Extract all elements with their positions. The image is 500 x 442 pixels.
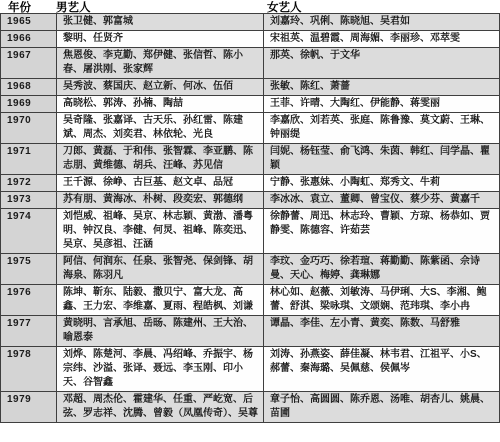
female-artists-cell: 张敏、陈红、萧蔷 bbox=[264, 79, 500, 96]
male-artists-cell: 邓超、周杰伦、霍建华、任重、严屹宽、后弦、罗志祥、沈腾、曾毅（凤凰传奇）、吴尊 bbox=[57, 392, 264, 423]
female-artists-cell: 刘涛、孙燕姿、薛佳凝、林韦君、江祖平、小S、郝蕾、秦海璐、吴佩慈、侯佩岑 bbox=[264, 347, 500, 392]
male-artists-cell: 刘恺威、祖峰、吴京、林志颖、黄渤、潘粤明、钟汉良、李健、何炅、祖峰、陈奕迅、吴京… bbox=[57, 209, 264, 254]
female-artists-cell: 谭晶、李佳、左小青、黄奕、陈数、马舒雅 bbox=[264, 316, 500, 347]
female-artists-cell: 李玟、金巧巧、徐若瑄、蒋勤勤、陈紫函、佘诗曼、天心、梅婷、龚琳娜 bbox=[264, 254, 500, 285]
male-artists-cell: 阿信、何润东、任泉、张智尧、保剑锋、胡海泉、陈羽凡 bbox=[57, 254, 264, 285]
female-artists-cell: 王菲、许晴、大陶红、伊能静、蒋雯丽 bbox=[264, 96, 500, 113]
header-male-label: 男艺人 bbox=[47, 0, 252, 15]
year-cell: 1970 bbox=[1, 113, 57, 144]
year-cell: 1973 bbox=[1, 192, 57, 209]
male-artists-cell: 焦恩俊、李克勤、郑伊健、张信哲、陈小春、屠洪刚、张家辉 bbox=[57, 48, 264, 79]
year-cell: 1976 bbox=[1, 285, 57, 316]
table-row: 1977黄晓明、言承旭、岳旸、陈建州、王大治、喻恩泰谭晶、李佳、左小青、黄奕、陈… bbox=[1, 316, 500, 347]
table-row: 1966黎明、任贤齐宋祖英、温碧霞、周海媚、李丽珍、邓萃雯 bbox=[1, 31, 500, 48]
female-artists-cell: 宁静、张惠妹、小陶虹、郑秀文、牛莉 bbox=[264, 175, 500, 192]
male-artists-cell: 刀郎、黄磊、于和伟、张智霖、李亚鹏、陈志朋、黄维德、胡兵、汪峰、苏见信 bbox=[57, 144, 264, 175]
artists-by-birth-year-table: 年份 男艺人 女艺人 1965张卫健、郭富城刘嘉玲、巩俐、陈晓旭、吴君如1966… bbox=[0, 0, 500, 423]
table-body: 1965张卫健、郭富城刘嘉玲、巩俐、陈晓旭、吴君如1966黎明、任贤齐宋祖英、温… bbox=[0, 13, 500, 423]
table-row: 1973苏有朋、黄海冰、朴树、段奕宏、郭德纲李冰冰、袁立、董卿、曾宝仪、蔡少芬、… bbox=[1, 192, 500, 209]
table-row: 1972王千源、徐峥、古巨基、赵文卓、品冠宁静、张惠妹、小陶虹、郑秀文、牛莉 bbox=[1, 175, 500, 192]
table-row: 1979邓超、周杰伦、霍建华、任重、严屹宽、后弦、罗志祥、沈腾、曾毅（凤凰传奇）… bbox=[1, 392, 500, 423]
male-artists-cell: 陈坤、靳东、陆毅、撒贝宁、富大龙、高鑫、王力宏、李维嘉、夏雨、程皓枫、刘谦 bbox=[57, 285, 264, 316]
male-artists-cell: 黄晓明、言承旭、岳旸、陈建州、王大治、喻恩泰 bbox=[57, 316, 264, 347]
male-artists-cell: 张卫健、郭富城 bbox=[57, 14, 264, 31]
male-artists-cell: 黎明、任贤齐 bbox=[57, 31, 264, 48]
female-artists-cell: 李嘉欣、刘若英、张庭、陈鲁豫、莫文蔚、王琳、钟丽缇 bbox=[264, 113, 500, 144]
year-cell: 1971 bbox=[1, 144, 57, 175]
year-cell: 1968 bbox=[1, 79, 57, 96]
female-artists-cell: 那英、徐帆、于文华 bbox=[264, 48, 500, 79]
year-cell: 1977 bbox=[1, 316, 57, 347]
female-artists-cell: 刘嘉玲、巩俐、陈晓旭、吴君如 bbox=[264, 14, 500, 31]
year-cell: 1974 bbox=[1, 209, 57, 254]
male-artists-cell: 苏有朋、黄海冰、朴树、段奕宏、郭德纲 bbox=[57, 192, 264, 209]
table-row: 1965张卫健、郭富城刘嘉玲、巩俐、陈晓旭、吴君如 bbox=[1, 14, 500, 31]
year-cell: 1972 bbox=[1, 175, 57, 192]
female-artists-cell: 徐静蕾、周迅、林志玲、曹颖、方琼、杨恭如、贾静雯、陈德容、许茹芸 bbox=[264, 209, 500, 254]
female-artists-cell: 宋祖英、温碧霞、周海媚、李丽珍、邓萃雯 bbox=[264, 31, 500, 48]
table-row: 1971刀郎、黄磊、于和伟、张智霖、李亚鹏、陈志朋、黄维德、胡兵、汪峰、苏见信闫… bbox=[1, 144, 500, 175]
year-cell: 1965 bbox=[1, 14, 57, 31]
year-cell: 1978 bbox=[1, 347, 57, 392]
male-artists-cell: 王千源、徐峥、古巨基、赵文卓、品冠 bbox=[57, 175, 264, 192]
male-artists-cell: 吴秀波、蔡国庆、赵立新、何冰、伍佰 bbox=[57, 79, 264, 96]
header-female-label: 女艺人 bbox=[252, 0, 500, 15]
page: { "colors": { "page_background": "#fffff… bbox=[0, 0, 500, 442]
table-row: 1969高晓松、郭涛、孙楠、陶喆王菲、许晴、大陶红、伊能静、蒋雯丽 bbox=[1, 96, 500, 113]
male-artists-cell: 吴奇隆、张嘉译、古天乐、孙红雷、陈建斌、周杰、刘奕君、林依轮、光良 bbox=[57, 113, 264, 144]
year-cell: 1966 bbox=[1, 31, 57, 48]
year-cell: 1969 bbox=[1, 96, 57, 113]
male-artists-cell: 高晓松、郭涛、孙楠、陶喆 bbox=[57, 96, 264, 113]
table-row: 1967焦恩俊、李克勤、郑伊健、张信哲、陈小春、屠洪刚、张家辉那英、徐帆、于文华 bbox=[1, 48, 500, 79]
year-cell: 1967 bbox=[1, 48, 57, 79]
female-artists-cell: 章子怡、高圆圆、陈乔恩、汤唯、胡杏儿、姚晨、苗圃 bbox=[264, 392, 500, 423]
table-row: 1976陈坤、靳东、陆毅、撒贝宁、富大龙、高鑫、王力宏、李维嘉、夏雨、程皓枫、刘… bbox=[1, 285, 500, 316]
table-row: 1968吴秀波、蔡国庆、赵立新、何冰、伍佰张敏、陈红、萧蔷 bbox=[1, 79, 500, 96]
table-row: 1978刘烨、陈楚河、李晨、冯绍峰、乔振宇、杨宗纬、沙溢、张译、聂远、李玉刚、印… bbox=[1, 347, 500, 392]
male-artists-cell: 刘烨、陈楚河、李晨、冯绍峰、乔振宇、杨宗纬、沙溢、张译、聂远、李玉刚、印小天、谷… bbox=[57, 347, 264, 392]
table-header: 年份 男艺人 女艺人 bbox=[0, 0, 500, 13]
table-row: 1975阿信、何润东、任泉、张智尧、保剑锋、胡海泉、陈羽凡李玟、金巧巧、徐若瑄、… bbox=[1, 254, 500, 285]
year-cell: 1979 bbox=[1, 392, 57, 423]
female-artists-cell: 李冰冰、袁立、董卿、曾宝仪、蔡少芬、黄嘉千 bbox=[264, 192, 500, 209]
header-year-label: 年份 bbox=[0, 0, 47, 15]
female-artists-cell: 林心如、赵薇、刘敏涛、马伊琍、大S、李湘、鲍蕾、舒淇、梁咏琪、文颂娴、范玮琪、李… bbox=[264, 285, 500, 316]
year-cell: 1975 bbox=[1, 254, 57, 285]
table-row: 1970吴奇隆、张嘉译、古天乐、孙红雷、陈建斌、周杰、刘奕君、林依轮、光良李嘉欣… bbox=[1, 113, 500, 144]
table-row: 1974刘恺威、祖峰、吴京、林志颖、黄渤、潘粤明、钟汉良、李健、何炅、祖峰、陈奕… bbox=[1, 209, 500, 254]
female-artists-cell: 闫妮、杨钰莹、俞飞鸿、朱茵、韩红、闫学晶、瞿颖 bbox=[264, 144, 500, 175]
